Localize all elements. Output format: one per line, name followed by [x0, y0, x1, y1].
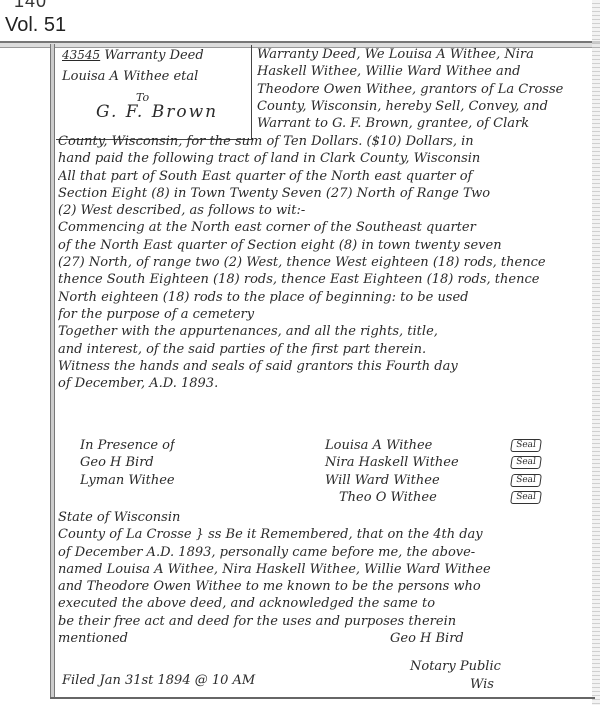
index-entry-box: 43545 Warranty Deed Louisa A Withee etal… — [56, 45, 252, 140]
ack-line: County of La Crosse } ss Be it Remembere… — [58, 526, 591, 543]
bottom-rule — [50, 697, 595, 699]
signer-name: Nira Haskell Withee — [325, 454, 505, 471]
signer-name: Louisa A Withee — [325, 437, 505, 454]
deed-line: North eighteen (18) rods to the place of… — [58, 289, 591, 306]
index-grantee: G. F. Brown — [96, 104, 218, 121]
witness-name: Lyman Withee — [80, 472, 175, 489]
deed-line: hand paid the following tract of land in… — [58, 150, 591, 167]
deed-line: Section Eight (8) in Town Twenty Seven (… — [58, 185, 591, 202]
signature-row: Louisa A Withee Seal — [325, 437, 541, 454]
seal-stamp: Seal — [510, 474, 542, 487]
deed-line: of December, A.D. 1893. — [58, 375, 591, 392]
document-number: 43545 — [62, 48, 100, 62]
ack-line: mentioned — [58, 630, 591, 647]
instrument-type: Warranty Deed — [104, 48, 203, 63]
witness-label: In Presence of — [80, 437, 175, 454]
deed-line: All that part of South East quarter of t… — [58, 168, 591, 185]
signer-name: Theo O Withee — [325, 489, 505, 506]
witness-block: In Presence of Geo H Bird Lyman Withee — [80, 437, 175, 489]
ack-line: named Louisa A Withee, Nira Haskell With… — [58, 561, 591, 578]
deed-body-text: County, Wisconsin, for the sum of Ten Do… — [58, 133, 591, 392]
signer-name: Will Ward Withee — [325, 472, 505, 489]
deed-line: of the North East quarter of Section eig… — [58, 237, 591, 254]
grantor-signatures: Louisa A Withee Seal Nira Haskell Withee… — [325, 437, 541, 506]
seal-stamp: Seal — [510, 456, 542, 469]
deed-line: Witness the hands and seals of said gran… — [58, 358, 591, 375]
notary-name: Geo H Bird — [390, 630, 464, 647]
acknowledgment-text: State of Wisconsin County of La Crosse }… — [58, 509, 591, 647]
right-page-edge — [592, 0, 600, 705]
deed-line: County, Wisconsin, hereby Sell, Convey, … — [257, 98, 591, 115]
ack-line: and Theodore Owen Withee to me known to … — [58, 578, 591, 595]
witness-name: Geo H Bird — [80, 454, 175, 471]
deed-line: for the purpose of a cemetery — [58, 306, 591, 323]
signature-row: Will Ward Withee Seal — [325, 472, 541, 489]
signature-row: Nira Haskell Withee Seal — [325, 454, 541, 471]
deed-line: Haskell Withee, Willie Ward Withee and — [257, 63, 591, 80]
deed-line: Warranty Deed, We Louisa A Withee, Nira — [257, 46, 591, 63]
ack-line: be their free act and deed for the uses … — [58, 613, 591, 630]
deed-line: Together with the appurtenances, and all… — [58, 323, 591, 340]
volume-label: Vol. 51 — [5, 14, 66, 37]
ack-line: executed the above deed, and acknowledge… — [58, 595, 591, 612]
ack-line: State of Wisconsin — [58, 509, 591, 526]
seal-stamp: Seal — [510, 491, 542, 504]
deed-opening-text: Warranty Deed, We Louisa A Withee, Nira … — [257, 46, 591, 132]
deed-line: (2) West described, as follows to wit:- — [58, 202, 591, 219]
deed-line: (27) North, of range two (2) West, thenc… — [58, 254, 591, 271]
notary-state: Wis — [470, 676, 494, 693]
deed-line: and interest, of the said parties of the… — [58, 341, 591, 358]
left-margin-rule — [50, 44, 55, 699]
index-grantor: Louisa A Withee etal — [62, 68, 198, 85]
deed-line: County, Wisconsin, for the sum of Ten Do… — [58, 133, 591, 150]
deed-line: Warrant to G. F. Brown, grantee, of Clar… — [257, 115, 591, 132]
signature-row: Theo O Withee Seal — [325, 489, 541, 506]
seal-stamp: Seal — [510, 439, 542, 452]
deed-line: thence South Eighteen (18) rods, thence … — [58, 271, 591, 288]
deed-line: Theodore Owen Withee, grantors of La Cro… — [257, 81, 591, 98]
deed-line: Commencing at the North east corner of t… — [58, 219, 591, 236]
index-entry-header: 43545 Warranty Deed — [62, 47, 204, 64]
page-number: 140 — [14, 0, 47, 12]
filing-note: Filed Jan 31st 1894 @ 10 AM — [62, 672, 255, 689]
notary-title: Notary Public — [410, 658, 501, 675]
ack-line: of December A.D. 1893, personally came b… — [58, 544, 591, 561]
